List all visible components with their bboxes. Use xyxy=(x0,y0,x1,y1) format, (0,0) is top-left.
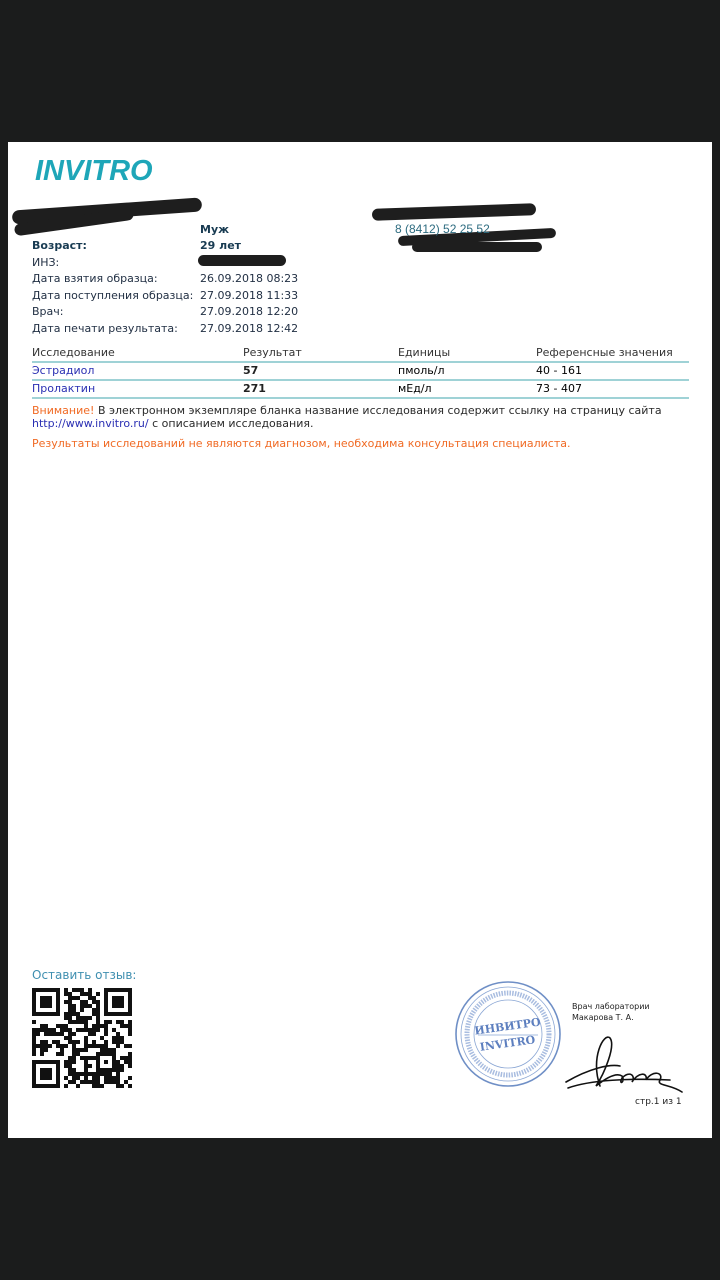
age-value: 29 лет xyxy=(200,239,241,252)
sample-received-label: Дата поступления образца: xyxy=(32,289,193,302)
invitro-logo: INVITRO xyxy=(35,155,153,188)
notice-text: В электронном экземпляре бланка название… xyxy=(94,404,661,417)
results-table: Исследование Результат Единицы Референсн… xyxy=(32,345,689,399)
qr-code-icon[interactable] xyxy=(32,988,132,1088)
doctor-value: 27.09.2018 12:20 xyxy=(200,305,298,318)
warning-word: Внимание! xyxy=(32,404,94,417)
reference-value: 73 - 407 xyxy=(536,382,582,395)
table-row: Эстрадиол 57 пмоль/л 40 - 161 xyxy=(32,363,689,381)
header-test: Исследование xyxy=(32,346,115,359)
test-link-estradiol[interactable]: Эстрадиол xyxy=(32,364,94,377)
signer-name: Макарова Т. А. xyxy=(572,1012,650,1023)
print-date-value: 27.09.2018 12:42 xyxy=(200,322,298,335)
notice: Внимание! В электронном экземпляре бланк… xyxy=(32,404,672,430)
feedback-label: Оставить отзыв: xyxy=(32,968,136,982)
lab-stamp-icon: ИНВИТРО INVITRO xyxy=(454,980,562,1088)
table-header: Исследование Результат Единицы Референсн… xyxy=(32,345,689,363)
signer-block: Врач лаборатории Макарова Т. А. xyxy=(572,1001,650,1023)
header-result: Результат xyxy=(243,346,302,359)
table-row: Пролактин 271 мЕд/л 73 - 407 xyxy=(32,381,689,399)
invitro-url-link[interactable]: http://www.invitro.ru/ xyxy=(32,417,149,430)
page-number: стр.1 из 1 xyxy=(635,1097,682,1107)
contact-phone: 8 (8412) 52 25 52 xyxy=(395,222,490,236)
sample-taken-value: 26.09.2018 08:23 xyxy=(200,272,298,285)
result-value: 57 xyxy=(243,364,258,377)
doctor-label: Врач: xyxy=(32,305,63,318)
redacted-inz xyxy=(198,255,286,266)
units-value: мЕд/л xyxy=(398,382,432,395)
svg-text:INVITRO: INVITRO xyxy=(479,1033,536,1054)
lab-result-document: INVITRO Муж Возраст: 29 лет ИНЗ: Дата вз… xyxy=(8,142,712,1138)
reference-value: 40 - 161 xyxy=(536,364,582,377)
test-link-prolactin[interactable]: Пролактин xyxy=(32,382,95,395)
result-value: 271 xyxy=(243,382,266,395)
units-value: пмоль/л xyxy=(398,364,444,377)
print-date-label: Дата печати результата: xyxy=(32,322,178,335)
age-label: Возраст: xyxy=(32,239,87,252)
redacted-address xyxy=(372,203,536,221)
signer-title: Врач лаборатории xyxy=(572,1001,650,1012)
inz-label: ИНЗ: xyxy=(32,256,59,269)
disclaimer: Результаты исследований не являются диаг… xyxy=(32,437,571,450)
header-units: Единицы xyxy=(398,346,450,359)
signature-icon xyxy=(560,1028,690,1098)
redacted-contact-2 xyxy=(412,242,542,252)
sample-taken-label: Дата взятия образца: xyxy=(32,272,158,285)
sample-received-value: 27.09.2018 11:33 xyxy=(200,289,298,302)
notice-text-after-url: с описанием исследования. xyxy=(149,417,314,430)
header-reference: Референсные значения xyxy=(536,346,673,359)
sex-value: Муж xyxy=(200,223,229,236)
